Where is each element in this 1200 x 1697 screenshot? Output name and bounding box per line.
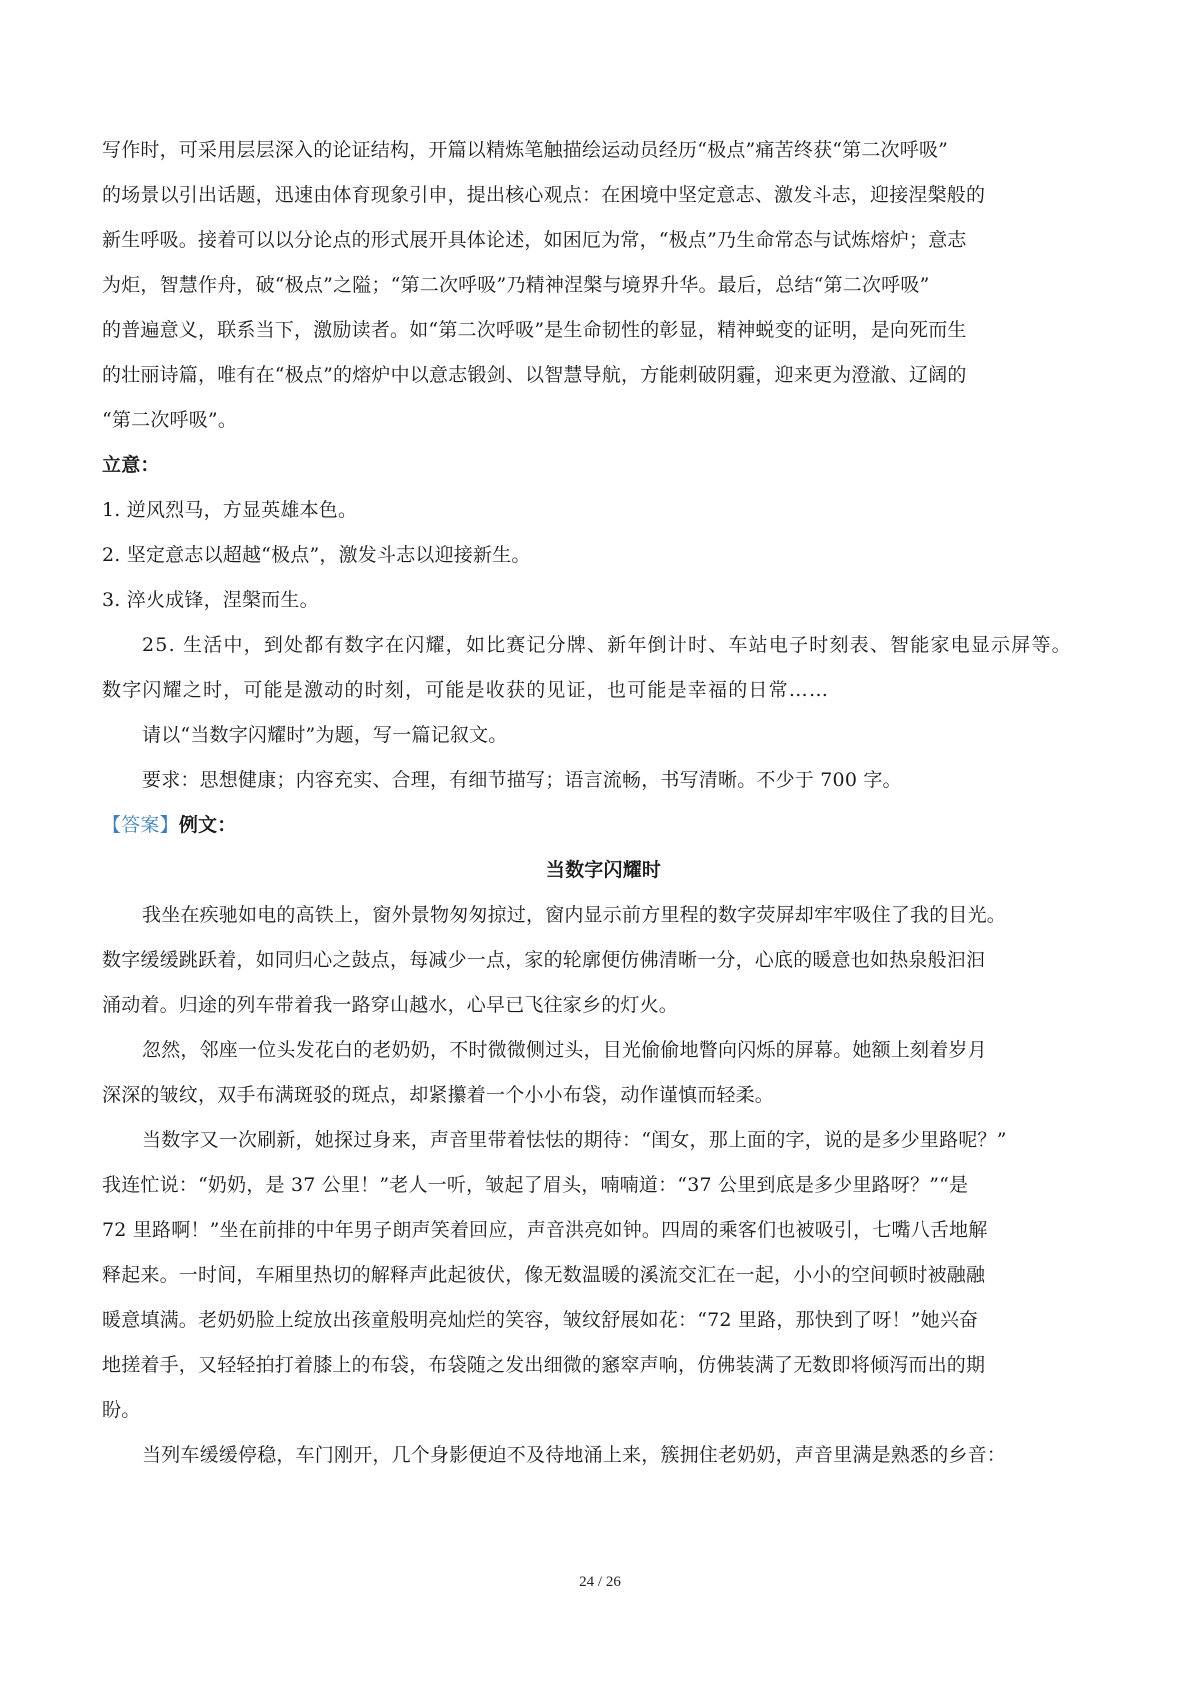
text-line: 盼。 <box>102 1388 1105 1433</box>
answer-header: 【答案】例文： <box>102 803 1105 848</box>
intro-paragraph: 写作时，可采用层层深入的论证结构，开篇以精炼笔触描绘运动员经历“极点”痛苦终获“… <box>102 128 1105 443</box>
text-line: 忽然，邻座一位头发花白的老奶奶，不时微微侧过头，目光偷偷地瞥向闪烁的屏幕。她额上… <box>102 1028 1105 1073</box>
text-line: 72 里路啊！”坐在前排的中年男子朗声笑着回应，声音洪亮如钟。四周的乘客们也被吸… <box>102 1208 1105 1253</box>
text-line: 的普遍意义，联系当下，激励读者。如“第二次呼吸”是生命韧性的彰显，精神蜕变的证明… <box>102 308 1105 353</box>
answer-label: 例文： <box>179 814 237 836</box>
essay-paragraph: 我坐在疾驰如电的高铁上，窗外景物匆匆掠过，窗内显示前方里程的数字荧屏却牢牢吸住了… <box>102 893 1105 1028</box>
text-line: 当数字又一次刷新，她探过身来，声音里带着怯怯的期待：“闺女，那上面的字，说的是多… <box>102 1118 1105 1163</box>
question-text: 25. 生活中，到处都有数字在闪耀，如比赛记分牌、新年倒计时、车站电子时刻表、智… <box>102 623 1105 668</box>
text-line: 数字缓缓跳跃着，如同归心之鼓点，每减少一点，家的轮廓便仿佛清晰一分，心底的暖意也… <box>102 938 1105 983</box>
text-line: 释起来。一时间，车厢里热切的解释声此起彼伏，像无数温暖的溪流交汇在一起，小小的空… <box>102 1253 1105 1298</box>
theme-heading: 立意： <box>102 443 1105 488</box>
essay-paragraph: 忽然，邻座一位头发花白的老奶奶，不时微微侧过头，目光偷偷地瞥向闪烁的屏幕。她额上… <box>102 1028 1105 1118</box>
text-line: 的场景以引出话题，迅速由体育现象引申，提出核心观点：在困境中坚定意志、激发斗志，… <box>102 173 1105 218</box>
text-line: 新生呼吸。接着可以以分论点的形式展开具体论述，如困厄为常，“极点”乃生命常态与试… <box>102 218 1105 263</box>
question-requirements: 要求：思想健康；内容充实、合理，有细节描写；语言流畅，书写清晰。不少于 700 … <box>102 758 1105 803</box>
text-line: 我连忙说：“奶奶，是 37 公里！”老人一听，皱起了眉头，喃喃道：“37 公里到… <box>102 1163 1105 1208</box>
text-line: 涌动着。归途的列车带着我一路穿山越水，心早已飞往家乡的灯火。 <box>102 983 1105 1028</box>
essay-title: 当数字闪耀时 <box>102 848 1105 893</box>
essay-paragraph: 当列车缓缓停稳，车门刚开，几个身影便迫不及待地涌上来，簇拥住老奶奶，声音里满是熟… <box>102 1433 1105 1478</box>
page-indicator: 24 / 26 <box>0 1574 1200 1591</box>
text-line: 为炬，智慧作舟，破“极点”之隘；“第二次呼吸”乃精神涅槃与境界升华。最后，总结“… <box>102 263 1105 308</box>
text-line: “第二次呼吸”。 <box>102 398 1105 443</box>
question-25: 25. 生活中，到处都有数字在闪耀，如比赛记分牌、新年倒计时、车站电子时刻表、智… <box>102 623 1105 803</box>
theme-list: 1. 逆风烈马，方显英雄本色。 2. 坚定意志以超越“极点”，激发斗志以迎接新生… <box>102 488 1105 623</box>
essay-paragraph: 当数字又一次刷新，她探过身来，声音里带着怯怯的期待：“闺女，那上面的字，说的是多… <box>102 1118 1105 1433</box>
text-line: 写作时，可采用层层深入的论证结构，开篇以精炼笔触描绘运动员经历“极点”痛苦终获“… <box>102 128 1105 173</box>
document-page: 写作时，可采用层层深入的论证结构，开篇以精炼笔触描绘运动员经历“极点”痛苦终获“… <box>102 128 1105 1478</box>
theme-item: 1. 逆风烈马，方显英雄本色。 <box>102 488 1105 533</box>
question-prompt: 请以“当数字闪耀时”为题，写一篇记叙文。 <box>102 713 1105 758</box>
text-line: 当列车缓缓停稳，车门刚开，几个身影便迫不及待地涌上来，簇拥住老奶奶，声音里满是熟… <box>102 1433 1105 1478</box>
answer-tag: 【答案】 <box>102 814 179 836</box>
text-line: 深深的皱纹，双手布满斑驳的斑点，却紧攥着一个小小布袋，动作谨慎而轻柔。 <box>102 1073 1105 1118</box>
text-line: 我坐在疾驰如电的高铁上，窗外景物匆匆掠过，窗内显示前方里程的数字荧屏却牢牢吸住了… <box>102 893 1105 938</box>
theme-item: 2. 坚定意志以超越“极点”，激发斗志以迎接新生。 <box>102 533 1105 578</box>
text-line: 地搓着手，又轻轻拍打着膝上的布袋，布袋随之发出细微的窸窣声响，仿佛装满了无数即将… <box>102 1343 1105 1388</box>
theme-item: 3. 淬火成锋，涅槃而生。 <box>102 578 1105 623</box>
text-line: 暖意填满。老奶奶脸上绽放出孩童般明亮灿烂的笑容，皱纹舒展如花：“72 里路，那快… <box>102 1298 1105 1343</box>
text-line: 的壮丽诗篇，唯有在“极点”的熔炉中以意志锻剑、以智慧导航，方能刺破阴霾，迎来更为… <box>102 353 1105 398</box>
question-text: 数字闪耀之时，可能是激动的时刻，可能是收获的见证，也可能是幸福的日常…… <box>102 668 1105 713</box>
